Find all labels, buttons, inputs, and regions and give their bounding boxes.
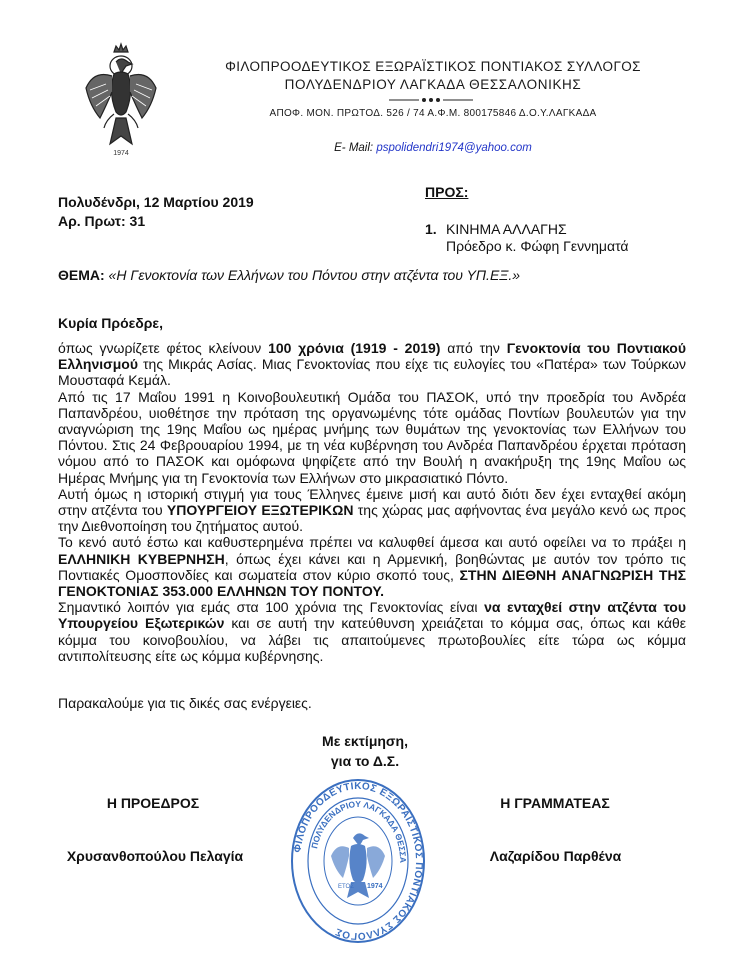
paragraph: Σημαντικό λοιπόν για εμάς στα 100 χρόνια… (58, 599, 686, 664)
paragraph: Από τις 17 Μαΐου 1991 η Κοινοβουλευτική … (58, 389, 686, 486)
text-run: όπως γνωρίζετε φέτος κλείνουν (58, 340, 268, 356)
emphasis-text: ΥΠΟΥΡΓΕΙΟΥ ΕΞΩΤΕΡΙΚΩΝ (167, 502, 354, 518)
emphasis-text: ΕΛΛΗΝΙΚΗ ΚΥΒΕΡΝΗΣΗ (58, 551, 225, 567)
email-link[interactable]: pspolidendri1974@yahoo.com (376, 142, 532, 154)
recipient-number: 1. (425, 221, 437, 237)
ornamental-divider (387, 95, 475, 105)
regards-board-line: για το Δ.Σ. (300, 753, 430, 769)
registration-info: ΑΠΟΦ. ΜΟΝ. ΠΡΩΤΟΔ. 526 / 74 Α.Φ.Μ. 80017… (198, 108, 668, 119)
email-label: E- Mail: (334, 142, 376, 154)
regards-line: Με εκτίμηση, (300, 733, 430, 749)
association-location: ΠΟΛΥΔΕΝΔΡΙΟΥ ΛΑΓΚΑΔΑ ΘΕΣΣΑΛΟΝΙΚΗΣ (198, 77, 668, 92)
protocol-number: Αρ. Πρωτ: 31 (58, 213, 145, 229)
secretary-name: Λαζαρίδου Παρθένα (468, 848, 643, 864)
text-run: της Μικράς Ασίας. Μιας Γενοκτονίας που ε… (58, 356, 686, 388)
subject-line: ΘΕΜΑ: «Η Γενοκτονία των Ελλήνων του Πόντ… (58, 267, 520, 283)
logo-year: 1974 (76, 150, 166, 157)
emphasis-text: 100 χρόνια (1919 - 2019) (268, 340, 440, 356)
association-name: ΦΙΛΟΠΡΟΟΔΕΥΤΙΚΟΣ ΕΞΩΡΑΪΣΤΙΚΟΣ ΠΟΝΤΙΑΚΟΣ … (198, 59, 668, 74)
text-run: από την (440, 340, 506, 356)
president-role: Η ΠΡΟΕΔΡΟΣ (78, 795, 228, 811)
subject-label: ΘΕΜΑ: (58, 267, 105, 283)
association-seal-icon: ΦΙΛΟΠΡΟΟΔΕΥΤΙΚΟΣ ΕΞΩΡΑΪΣΤΙΚΟΣ ΠΟΝΤΙΑΚΟΣ … (289, 776, 427, 946)
to-label: ΠΡΟΣ: (425, 184, 468, 200)
text-run: Σημαντικό λοιπόν για εμάς στα 100 χρόνια… (58, 599, 484, 615)
secretary-role: Η ΓΡΑΜΜΑΤΕΑΣ (480, 795, 630, 811)
text-run: Το κενό αυτό έστω και καθυστερημένα πρέπ… (58, 534, 686, 550)
stamp-year: 1974 (367, 883, 383, 890)
paragraph: Αυτή όμως η ιστορική στιγμή για τους Έλλ… (58, 486, 686, 535)
recipient-title: Πρόεδρο κ. Φώφη Γεννηματά (446, 238, 629, 254)
place-date: Πολυδένδρι, 12 Μαρτίου 2019 (58, 194, 254, 210)
paragraph: όπως γνωρίζετε φέτος κλείνουν 100 χρόνια… (58, 340, 686, 389)
salutation: Κυρία Πρόεδρε, (58, 315, 163, 331)
text-run: Από τις 17 Μαΐου 1991 η Κοινοβουλευτική … (58, 389, 686, 486)
recipient-name: ΚΙΝΗΜΑ ΑΛΛΑΓΗΣ (446, 221, 567, 237)
svg-text:ΕΤΟΣ: ΕΤΟΣ (338, 884, 354, 890)
subject-text: «Η Γενοκτονία των Ελλήνων του Πόντου στη… (105, 267, 520, 283)
closing-line: Παρακαλούμε για τις δικές σας ενέργειες. (58, 695, 312, 711)
email-line: E- Mail: pspolidendri1974@yahoo.com (198, 142, 668, 154)
letter-body: όπως γνωρίζετε φέτος κλείνουν 100 χρόνια… (58, 340, 686, 664)
paragraph: Το κενό αυτό έστω και καθυστερημένα πρέπ… (58, 534, 686, 599)
president-name: Χρυσανθοπούλου Πελαγία (60, 848, 250, 864)
